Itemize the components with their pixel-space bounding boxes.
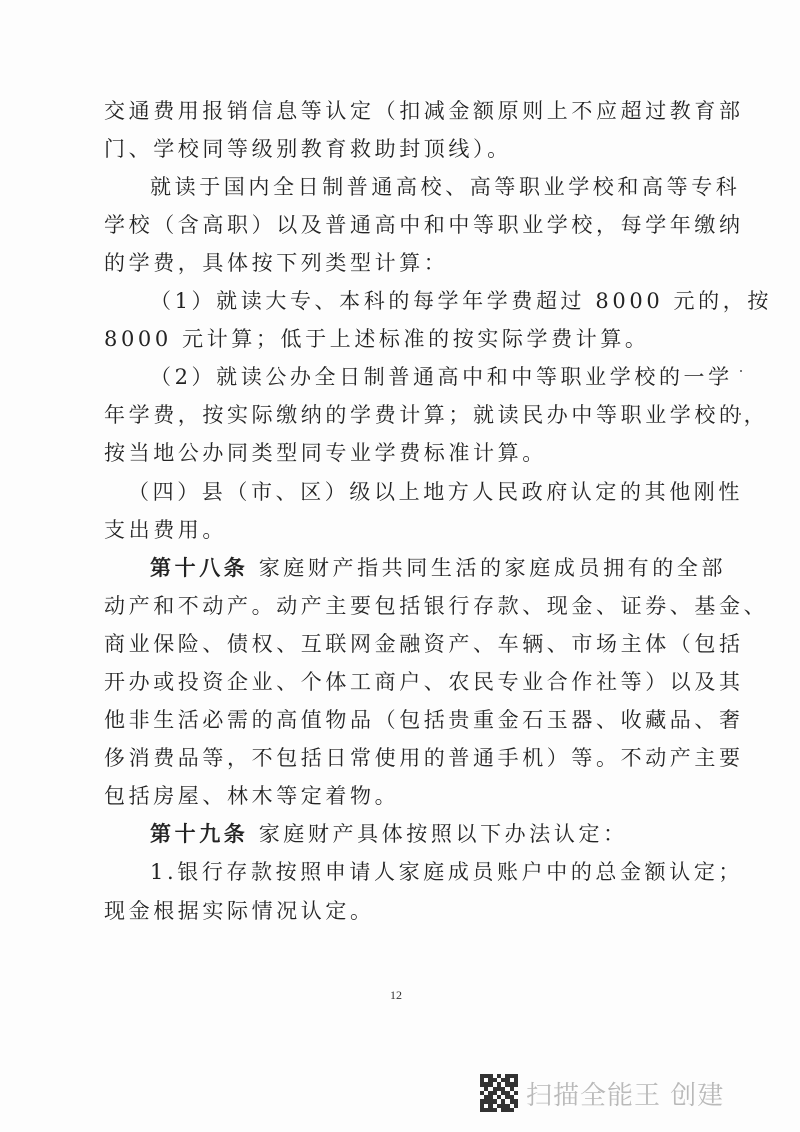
text-line: （1）就读大专、本科的每学年学费超过 8000 元的，按 [150, 286, 750, 316]
article-heading: 第十九条 [150, 821, 248, 846]
text-line: 开办或投资企业、个体工商户、农民专业合作社等）以及其 [104, 667, 704, 697]
text-line: 支出费用。 [104, 515, 704, 545]
text-line: 1.银行存款按照申请人家庭成员账户中的总金额认定； [150, 857, 750, 887]
text-line: 年学费，按实际缴纳的学费计算；就读民办中等职业学校的， [104, 400, 704, 430]
scan-speck [739, 413, 741, 415]
scanner-watermark: 扫描全能王 创建 [480, 1074, 724, 1112]
page-number: 12 [390, 988, 402, 1003]
text-line: 现金根据实际情况认定。 [104, 896, 704, 926]
text-line: 他非生活必需的高值物品（包括贵重金石玉器、收藏品、奢 [104, 705, 704, 735]
article-heading: 第十八条 [150, 555, 248, 580]
text-line: 就读于国内全日制普通高校、高等职业学校和高等专科 [150, 172, 750, 202]
text-line: 动产和不动产。动产主要包括银行存款、现金、证券、基金、 [104, 591, 704, 621]
text-line: 商业保险、债权、互联网金融资产、车辆、市场主体（包括 [104, 629, 704, 659]
text-line: 按当地公办同类型同专业学费标准计算。 [104, 438, 704, 468]
qr-code-icon [480, 1074, 518, 1112]
scan-speck [740, 370, 742, 372]
text-line: 8000 元计算；低于上述标准的按实际学费计算。 [104, 324, 704, 354]
text-line: 学校（含高职）以及普通高中和中等职业学校，每学年缴纳 [104, 210, 704, 240]
text-line: 包括房屋、林木等定着物。 [104, 781, 704, 811]
article-19-line: 第十九条 家庭财产具体按照以下办法认定： [150, 819, 750, 849]
text-line: 交通费用报销信息等认定（扣减金额原则上不应超过教育部 [104, 96, 704, 126]
article-text: 家庭财产指共同生活的家庭成员拥有的全部 [259, 556, 726, 580]
article-18-line: 第十八条 家庭财产指共同生活的家庭成员拥有的全部 [150, 553, 750, 583]
watermark-text: 扫描全能王 创建 [526, 1075, 724, 1112]
text-line: 侈消费品等，不包括日常使用的普通手机）等。不动产主要 [104, 743, 704, 773]
text-line: 门、学校同等级别教育救助封顶线）。 [104, 134, 704, 164]
text-line: （2）就读公办全日制普通高中和中等职业学校的一学 [150, 362, 750, 392]
text-line: （四）县（市、区）级以上地方人民政府认定的其他刚性 [128, 477, 728, 507]
text-line: 的学费，具体按下列类型计算： [104, 248, 704, 278]
article-text: 家庭财产具体按照以下办法认定： [259, 822, 628, 846]
document-page: 交通费用报销信息等认定（扣减金额原则上不应超过教育部 门、学校同等级别教育救助封… [0, 0, 800, 1132]
